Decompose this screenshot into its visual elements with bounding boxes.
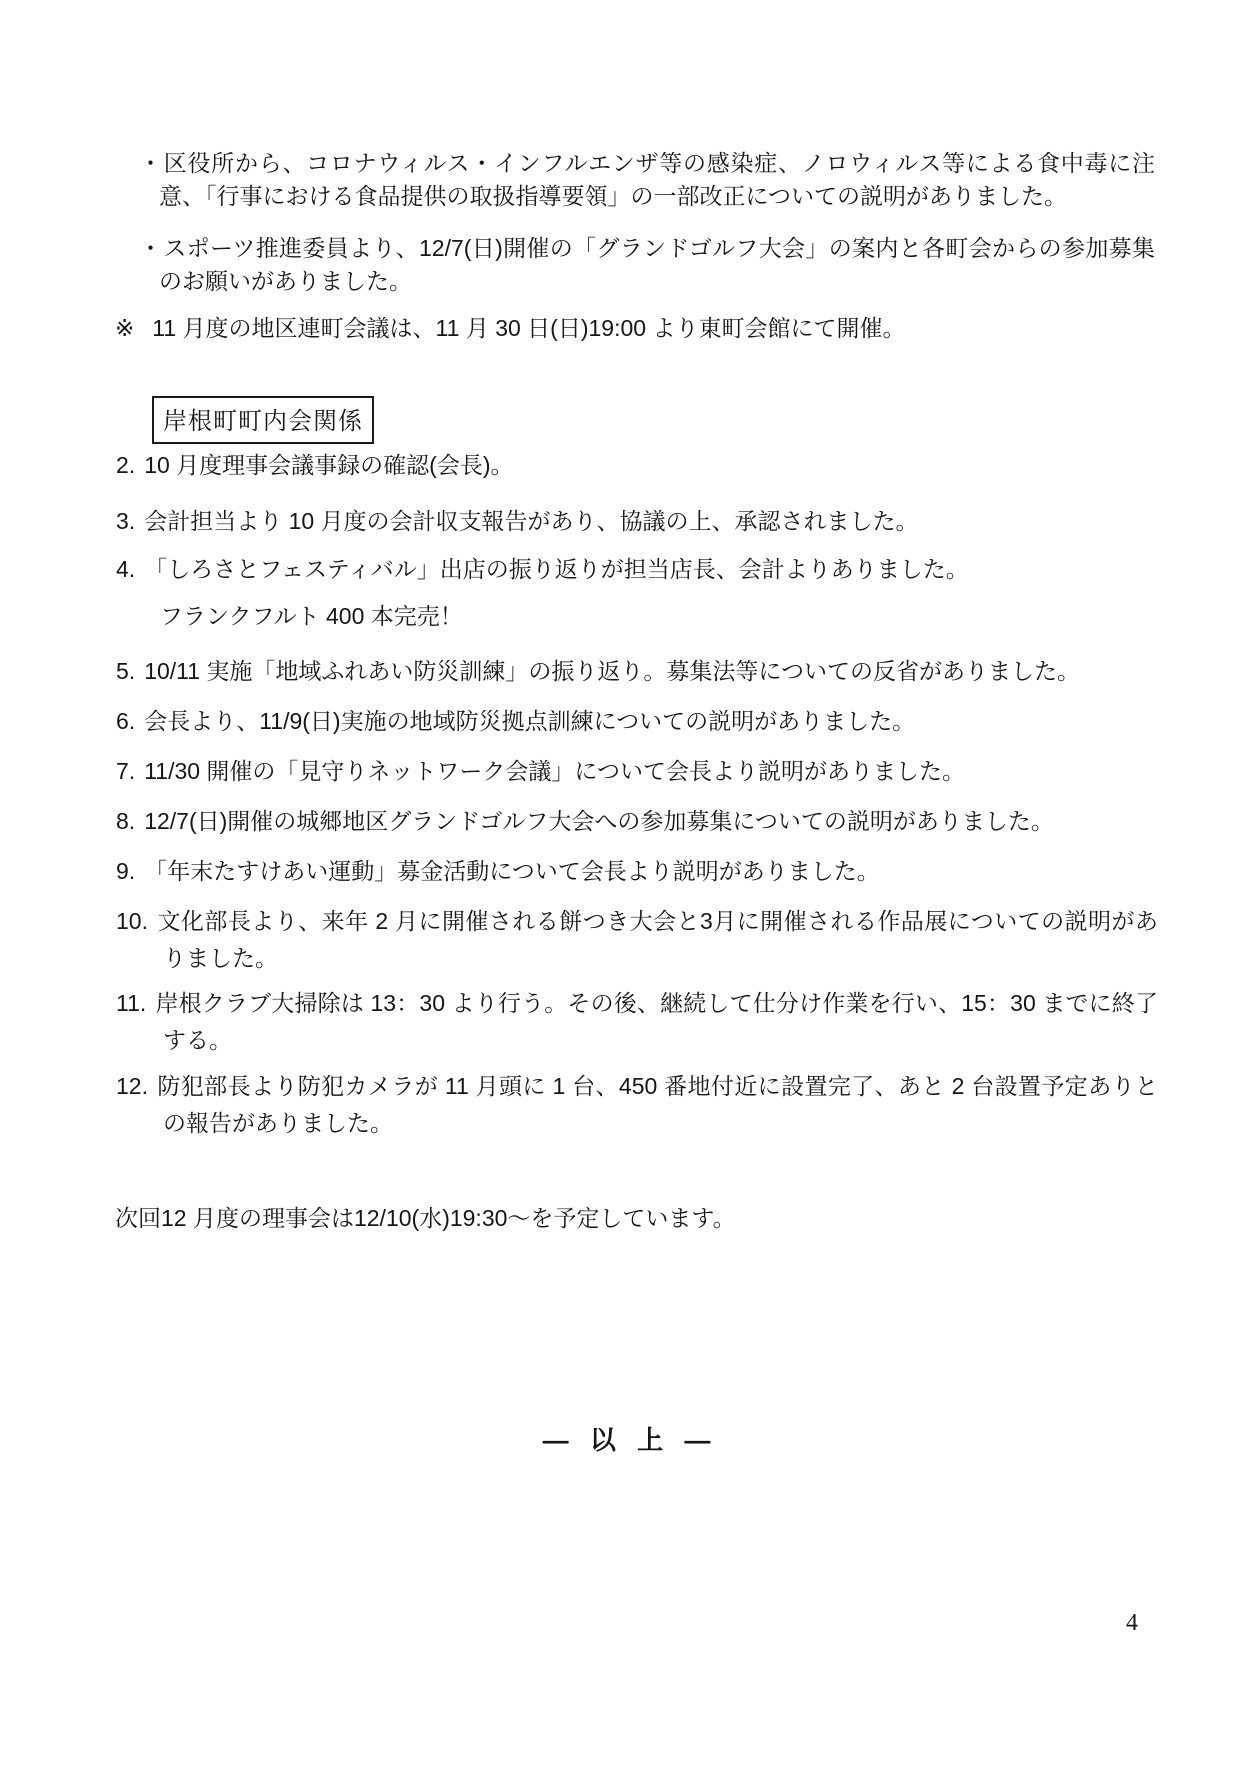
item-number: 4. — [116, 556, 135, 582]
next-meeting-line: 次回12 月度の理事会は12/10(水)19:30～を予定しています。 — [115, 1202, 1160, 1235]
agenda-item-12: 12.防犯部長より防犯カメラが 11 月頭に 1 台、450 番地付近に設置完了… — [116, 1068, 1158, 1142]
bullet-item-sports-committee: ・スポーツ推進委員より、12/7(日)開催の「グランドゴルフ大会」の案内と各町会… — [139, 232, 1155, 298]
agenda-item-3: 3.会計担当より 10 月度の会計収支報告があり、協議の上、承認されました。 — [116, 503, 1158, 540]
item-number: 7. — [116, 758, 135, 784]
item-number: 5. — [116, 658, 135, 684]
agenda-item-4: 4.「しろさとフェスティバル」出店の振り返りが担当店長、会計よりありました。 — [116, 551, 1158, 588]
item-text: 11/30 開催の「見守りネットワーク会議」について会長より説明がありました。 — [144, 758, 965, 784]
note-marker: ※ — [115, 315, 134, 341]
item-text: 文化部長より、来年 2 月に開催される餅つき大会と3月に開催される作品展について… — [157, 908, 1158, 971]
section-heading-box: 岸根町町内会関係 — [152, 396, 374, 444]
note-line: ※11 月度の地区連町会議は、11 月 30 日(日)19:00 より東町会館に… — [115, 312, 1160, 345]
page-number: 4 — [1126, 1610, 1138, 1637]
item-number: 3. — [116, 508, 135, 534]
agenda-item-9: 9.「年末たすけあい運動」募金活動について会長より説明がありました。 — [116, 853, 1158, 890]
festival-result-note: フランクフルト 400 本完売！ — [160, 600, 463, 633]
item-number: 9. — [116, 858, 135, 884]
item-text: 「年末たすけあい運動」募金活動について会長より説明がありました。 — [144, 858, 880, 884]
agenda-item-6: 6.会長より、11/9(日)実施の地域防災拠点訓練についての説明がありました。 — [116, 703, 1158, 740]
item-number: 10. — [116, 908, 148, 934]
item-text: 「しろさとフェスティバル」出店の振り返りが担当店長、会計よりありました。 — [144, 556, 969, 582]
item-text: 岸根クラブ大掃除は 13：30 より行う。その後、継続して仕分け作業を行い、15… — [155, 990, 1158, 1053]
item-text: 会計担当より 10 月度の会計収支報告があり、協議の上、承認されました。 — [144, 508, 918, 534]
agenda-item-11: 11.岸根クラブ大掃除は 13：30 より行う。その後、継続して仕分け作業を行い… — [116, 985, 1158, 1059]
note-text: 11 月度の地区連町会議は、11 月 30 日(日)19:00 より東町会館にて… — [152, 315, 905, 341]
item-text: 10/11 実施「地域ふれあい防災訓練」の振り返り。募集法等についての反省があり… — [144, 658, 1080, 684]
bullet-item-ward-office: ・区役所から、コロナウィルス・インフルエンザ等の感染症、ノロウィルス等による食中… — [139, 147, 1155, 213]
bullet-marker: ・ — [139, 235, 162, 261]
agenda-item-2: 2.10 月度理事会議事録の確認(会長)。 — [116, 447, 1158, 484]
bullet-text: スポーツ推進委員より、12/7(日)開催の「グランドゴルフ大会」の案内と各町会か… — [159, 235, 1155, 294]
item-number: 11. — [116, 990, 146, 1016]
agenda-item-7: 7.11/30 開催の「見守りネットワーク会議」について会長より説明がありました… — [116, 753, 1158, 790]
agenda-item-8: 8.12/7(日)開催の城郷地区グランドゴルフ大会への参加募集についての説明があ… — [116, 803, 1158, 840]
item-number: 12. — [116, 1073, 148, 1099]
item-text: 12/7(日)開催の城郷地区グランドゴルフ大会への参加募集についての説明がありま… — [144, 808, 1054, 834]
item-text: 防犯部長より防犯カメラが 11 月頭に 1 台、450 番地付近に設置完了、あと… — [157, 1073, 1158, 1136]
item-number: 6. — [116, 708, 135, 734]
document-page: ・区役所から、コロナウィルス・インフルエンザ等の感染症、ノロウィルス等による食中… — [0, 0, 1260, 1781]
item-number: 8. — [116, 808, 135, 834]
item-text: 会長より、11/9(日)実施の地域防災拠点訓練についての説明がありました。 — [144, 708, 915, 734]
agenda-item-10: 10.文化部長より、来年 2 月に開催される餅つき大会と3月に開催される作品展に… — [116, 903, 1158, 977]
item-text: 10 月度理事会議事録の確認(会長)。 — [144, 452, 513, 478]
bullet-marker: ・ — [139, 150, 163, 176]
closing-line: ― 以 上 ― — [0, 1420, 1260, 1457]
bullet-text: 区役所から、コロナウィルス・インフルエンザ等の感染症、ノロウィルス等による食中毒… — [159, 150, 1155, 209]
agenda-item-5: 5.10/11 実施「地域ふれあい防災訓練」の振り返り。募集法等についての反省が… — [116, 653, 1158, 690]
item-number: 2. — [116, 452, 135, 478]
